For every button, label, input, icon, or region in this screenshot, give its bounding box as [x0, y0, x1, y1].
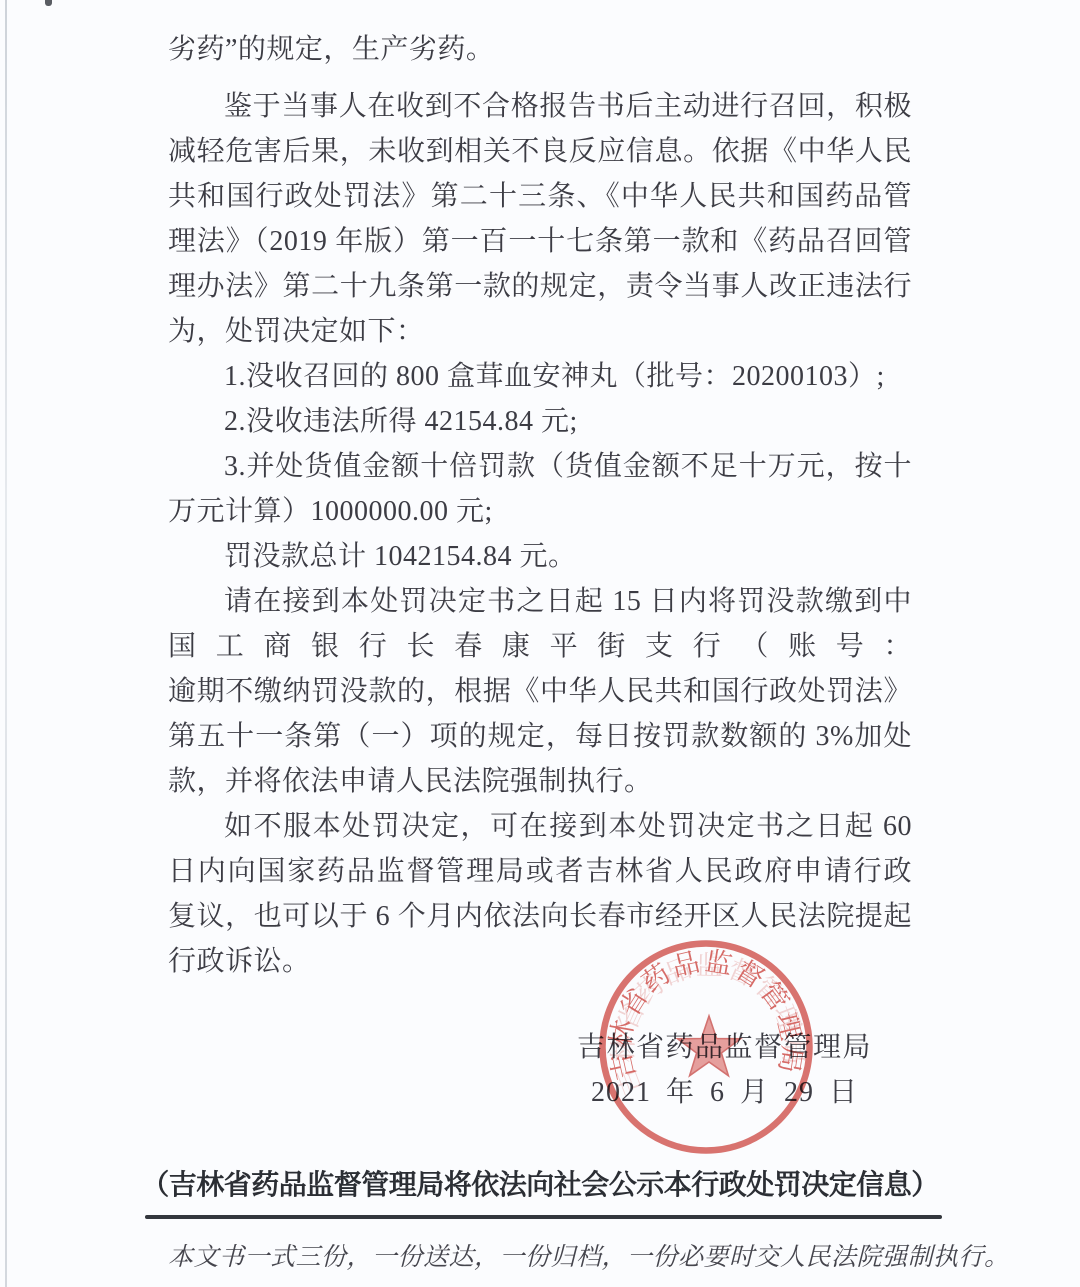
scan-edge-artifact [5, 0, 7, 1287]
seal-double-strike-ghost [594, 937, 813, 1101]
body-line: 劣药”的规定，生产劣药。 [168, 27, 912, 72]
copies-footnote: 本文书一式三份，一份送达，一份归档，一份必要时交人民法院强制执行。 [168, 1242, 1010, 1274]
body-line: 款，并将依法申请人民法院强制执行。 [168, 759, 912, 804]
body-line: 日内向国家药品监督管理局或者吉林省人民政府申请行政 [168, 849, 912, 894]
body-line: 3.并处货值金额十倍罚款（货值金额不足十万元，按十 [168, 444, 912, 489]
body-line: 减轻危害后果，未收到相关不良反应信息。依据《中华人民 [168, 129, 912, 174]
document-body: 劣药”的规定，生产劣药。 鉴于当事人在收到不合格报告书后主动进行召回，积极 减轻… [168, 0, 912, 984]
public-disclosure-notice: （吉林省药品监督管理局将依法向社会公示本行政处罚决定信息） [140, 1166, 940, 1204]
body-line: 共和国行政处罚法》第二十三条、《中华人民共和国药品管 [168, 174, 912, 219]
body-line: 1.没收召回的 800 盒茸血安神丸（批号：20200103）; [168, 354, 912, 399]
body-line: 理法》（2019 年版）第一百一十七条第一款和《药品召回管 [168, 219, 912, 264]
body-line: 罚没款总计 1042154.84 元。 [168, 534, 912, 579]
body-line: 鉴于当事人在收到不合格报告书后主动进行召回，积极 [168, 84, 912, 129]
body-line: 为，处罚决定如下： [168, 309, 912, 354]
body-line: 第五十一条第（一）项的规定，每日按罚款数额的 3%加处罚 [168, 714, 912, 759]
body-line: 国工商银行长春康平街支行（账号：4200229011200530275）。 [168, 624, 912, 669]
body-line: 万元计算）1000000.00 元; [168, 489, 912, 534]
seal-star-icon [678, 1016, 741, 1076]
body-line: 请在接到本处罚决定书之日起 15 日内将罚没款缴到中 [168, 579, 912, 624]
body-line: 理办法》第二十九条第一款的规定，责令当事人改正违法行 [168, 264, 912, 309]
scan-speck-artifact [45, 0, 52, 6]
official-seal-stamp-icon: 吉林省药品监督管理局 [588, 929, 824, 1165]
body-line: 2.没收违法所得 42154.84 元; [168, 399, 912, 444]
body-line: 如不服本处罚决定，可在接到本处罚决定书之日起 60 [168, 804, 912, 849]
scanned-penalty-decision-page: 劣药”的规定，生产劣药。 鉴于当事人在收到不合格报告书后主动进行召回，积极 减轻… [0, 0, 1080, 1287]
footer-divider [145, 1215, 942, 1219]
body-line: 逾期不缴纳罚没款的，根据《中华人民共和国行政处罚法》 [168, 669, 912, 714]
